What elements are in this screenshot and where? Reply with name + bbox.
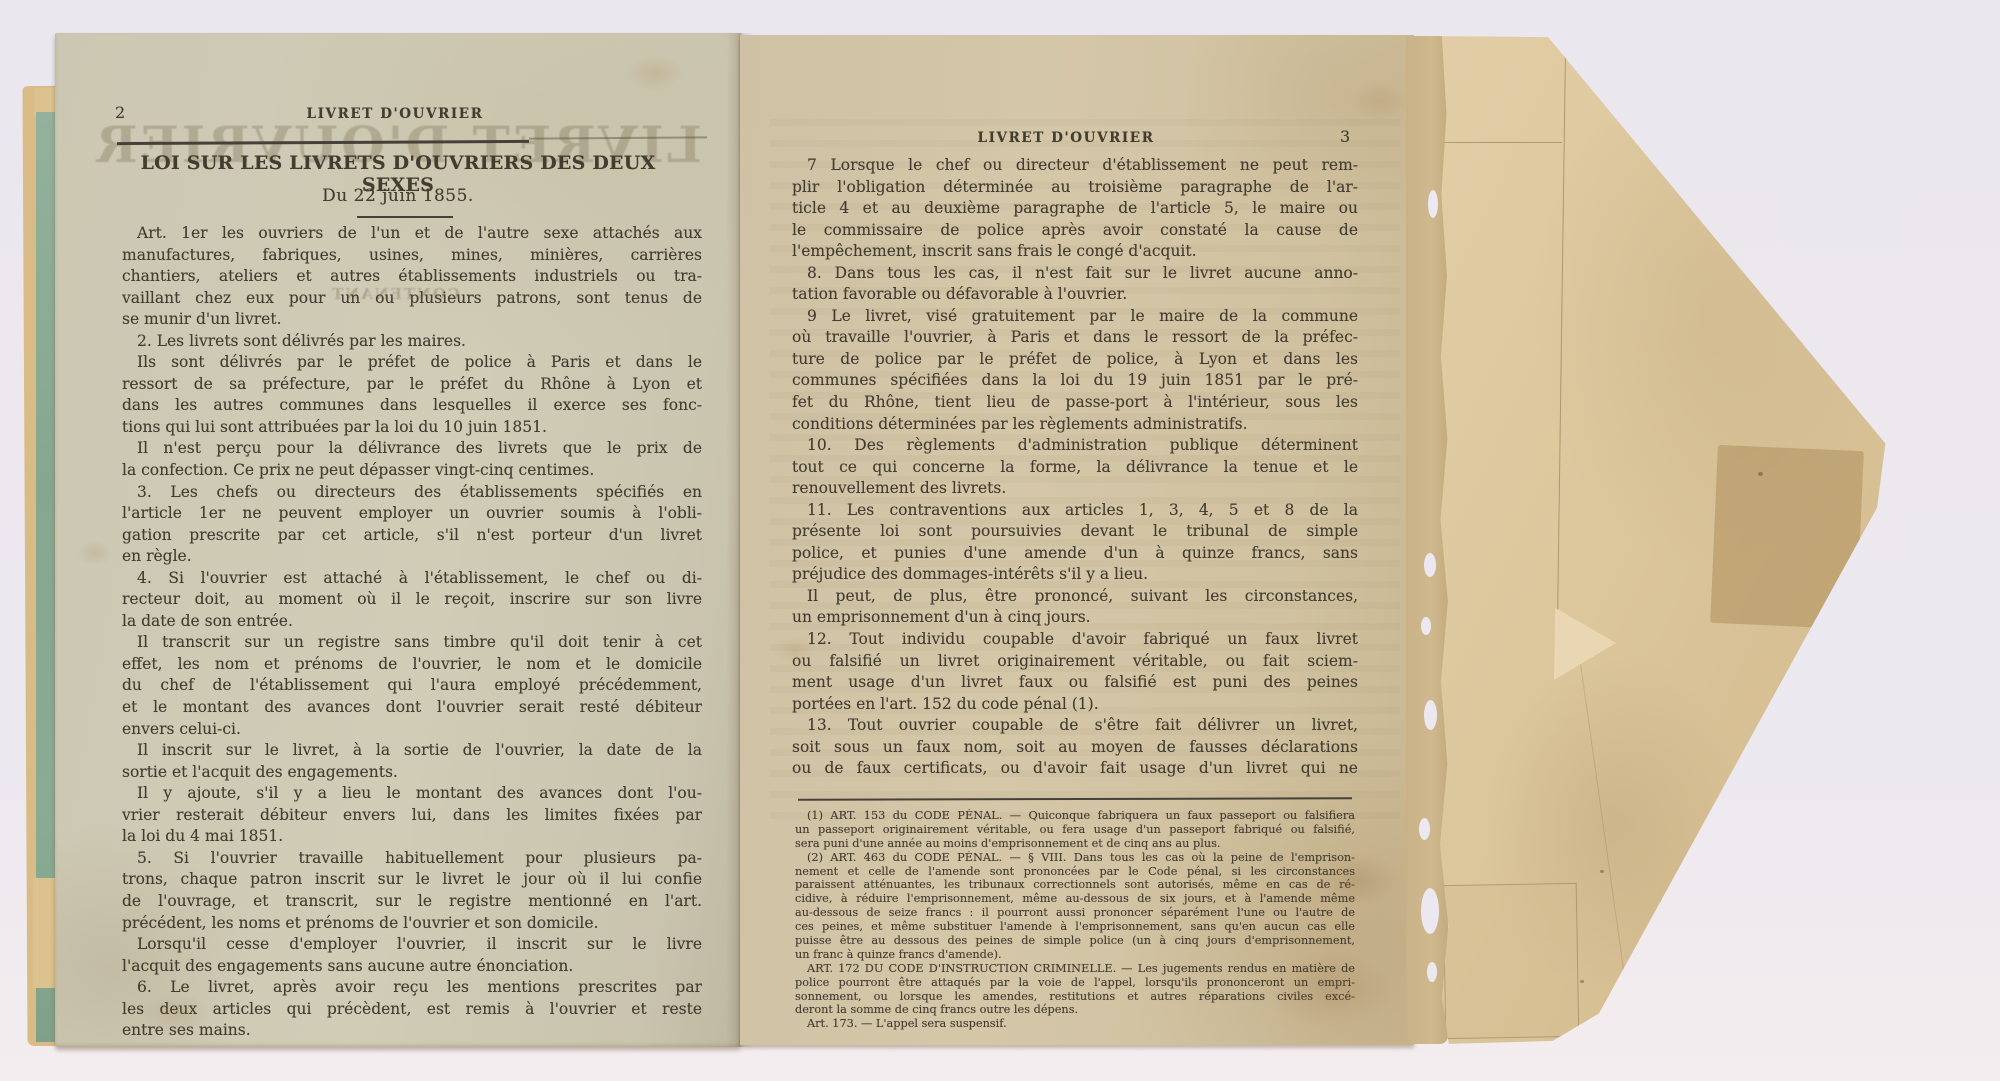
ink-speck <box>1700 880 1704 884</box>
text-line: tions qui lui sont attribuées par la loi… <box>122 417 702 439</box>
text-line: 7 Lorsque le chef ou directeur d'établis… <box>792 155 1358 177</box>
paper-tear <box>1419 818 1430 840</box>
header-rule-ghost <box>529 136 707 139</box>
text-line: 10. Des règlements d'administration publ… <box>792 435 1358 457</box>
text-line: préjudice des dommages-intérêts s'il y a… <box>792 564 1358 586</box>
running-header-right: LIVRET D'OUVRIER <box>866 130 1266 146</box>
page-number-right: 3 <box>1340 127 1350 146</box>
text-line: sortie et l'acquit des engagements. <box>122 762 702 784</box>
footnote-line: cidive, à réduire l'emprisonnement, même… <box>795 892 1355 906</box>
footnote-line: un franc à quinze francs d'amende). <box>795 948 1355 962</box>
fold-crease-horizontal <box>1436 142 1562 143</box>
ink-speck <box>1758 472 1763 476</box>
paper-tear <box>1424 553 1436 577</box>
text-line: la date de son entrée. <box>122 611 702 633</box>
footnote-line: sonnement, ou lorsque les amendes, resti… <box>795 990 1355 1004</box>
page-number-left: 2 <box>115 103 125 122</box>
footnotes-text: (1) ART. 153 du CODE PÉNAL. — Quiconque … <box>795 809 1355 1031</box>
text-line: 8. Dans tous les cas, il n'est fait sur … <box>792 263 1358 285</box>
text-line: Il transcrit sur un registre sans timbre… <box>122 632 702 654</box>
law-date: Du 22 juin 1855. <box>103 186 693 206</box>
paper-tear <box>1427 962 1437 982</box>
text-line: l'acquit des engagements sans aucune aut… <box>122 956 702 978</box>
text-line: ticle 4 et au deuxième paragraphe de l'a… <box>792 198 1358 220</box>
page-right: LIVRET D'OUVRIER 3 7 Lorsque le chef ou … <box>740 35 1414 1045</box>
folded-cover-flap <box>1428 32 1890 1048</box>
text-line: dans les autres communes dans lesquelles… <box>122 395 702 417</box>
paper-tear <box>1421 617 1431 635</box>
text-line: la loi du 4 mai 1851. <box>122 826 702 848</box>
paper-tear <box>1428 190 1438 218</box>
text-line: où travaille l'ouvrier, à Paris et dans … <box>792 327 1358 349</box>
text-line: trons, chaque patron inscrit sur le livr… <box>122 869 702 891</box>
text-line: 11. Les contraventions aux articles 1, 3… <box>792 500 1358 522</box>
text-line: en règle. <box>122 546 702 568</box>
footnote-line: nement et celle de l'amende sont prononc… <box>795 865 1355 879</box>
text-line: 5. Si l'ouvrier travaille habituellement… <box>122 848 702 870</box>
text-line: 3. Les chefs ou directeurs des établisse… <box>122 482 702 504</box>
text-line: précédent, les noms et prénoms de l'ouvr… <box>122 913 702 935</box>
right-body-text: 7 Lorsque le chef ou directeur d'établis… <box>792 155 1358 780</box>
footnote-line: un passeport originairement véritable, o… <box>795 823 1355 837</box>
text-line: conditions déterminées par les règlement… <box>792 414 1358 436</box>
footnote-line: Art. 173. — L'appel sera suspensif. <box>795 1017 1355 1031</box>
fold-crease-diagonal-upper <box>1575 44 1896 454</box>
text-line: de l'ouvrage, et transcrit, sur le regis… <box>122 891 702 913</box>
footnote-line: au-dessous de seize francs : il pourront… <box>795 906 1355 920</box>
paper-tear <box>1421 888 1439 934</box>
ink-speck <box>1580 980 1584 983</box>
text-line: un emprisonnement d'un à cinq jours. <box>792 607 1358 629</box>
text-line: vaillant chez eux pour un ou plusieurs p… <box>122 288 702 310</box>
text-line: 9 Le livret, visé gratuitement par le ma… <box>792 306 1358 328</box>
footnote-line: deront la somme de cinq francs outre les… <box>795 1003 1355 1017</box>
text-line: recteur doit, au moment où il le reçoit,… <box>122 589 702 611</box>
running-header-left: LIVRET D'OUVRIER <box>175 106 615 122</box>
text-line: le commissaire de police après avoir con… <box>792 220 1358 242</box>
left-body-text: Art. 1er les ouvriers de l'un et de l'au… <box>122 223 702 1042</box>
ink-speck <box>1660 900 1665 904</box>
text-line: Lorsqu'il cesse d'employer l'ouvrier, il… <box>122 934 702 956</box>
text-line: ressort de sa préfecture, par le préfet … <box>122 374 702 396</box>
corner-fold-triangle <box>1554 592 1616 680</box>
footnote-line: ART. 172 DU CODE D'INSTRUCTION CRIMINELL… <box>795 962 1355 976</box>
text-line: Il inscrit sur le livret, à la sortie de… <box>122 740 702 762</box>
footnote-line: (2) ART. 463 du CODE PÉNAL. — § VIII. Da… <box>795 851 1355 865</box>
text-line: tation favorable ou défavorable à l'ouvr… <box>792 284 1358 306</box>
page-left: LIVRET D'OUVRIER CONTENANT 2 LIVRET D'OU… <box>55 33 740 1047</box>
text-line: 4. Si l'ouvrier est attaché à l'établiss… <box>122 568 702 590</box>
footnote-rule <box>798 797 1352 800</box>
text-line: et le montant des avances dont l'ouvrier… <box>122 697 702 719</box>
text-line: 6. Le livret, après avoir reçu les menti… <box>122 977 702 999</box>
footnote-line: (1) ART. 153 du CODE PÉNAL. — Quiconque … <box>795 809 1355 823</box>
text-line: 13. Tout ouvrier coupable de s'être fait… <box>792 715 1358 737</box>
title-rule <box>357 216 453 218</box>
footnote-line: paraissent atténuantes, les tribunaux co… <box>795 878 1355 892</box>
text-line: la confection. Ce prix ne peut dépasser … <box>122 460 702 482</box>
glued-paper-patch <box>1710 445 1864 629</box>
text-line: plir l'obligation déterminée au troisièm… <box>792 177 1358 199</box>
fold-crease-vertical <box>1557 36 1566 636</box>
text-line: soit sous un faux nom, soit au moyen de … <box>792 737 1358 759</box>
text-line: du chef de l'établissement qui l'aura em… <box>122 675 702 697</box>
text-line: tout ce qui concerne la forme, la délivr… <box>792 457 1358 479</box>
text-line: effet, les nom et prénoms de l'ouvrier, … <box>122 654 702 676</box>
text-line: fet du Rhône, tient lieu de passe-port à… <box>792 392 1358 414</box>
text-line: Il peut, de plus, être prononcé, suivant… <box>792 586 1358 608</box>
text-line: communes spécifiées dans la loi du 19 ju… <box>792 370 1358 392</box>
text-line: gation prescrite par cet article, s'il n… <box>122 525 702 547</box>
text-line: manufactures, fabriques, usines, mines, … <box>122 245 702 267</box>
bottom-fold-panel <box>1443 883 1580 1039</box>
ink-speck <box>1600 870 1604 873</box>
text-line: portées en l'art. 152 du code pénal (1). <box>792 694 1358 716</box>
text-line: police, et punies d'une amende d'un à qu… <box>792 543 1358 565</box>
fold-crease-diagonal-lower <box>1577 642 1633 1034</box>
text-line: présente loi sont poursuivies devant le … <box>792 521 1358 543</box>
text-line: entre ses mains. <box>122 1020 702 1042</box>
text-line: l'empêchement, inscrit sans frais le con… <box>792 241 1358 263</box>
scanned-booklet-photo: { "document": { "colors": { "background"… <box>0 0 2000 1081</box>
text-line: Il n'est perçu pour la délivrance des li… <box>122 438 702 460</box>
footnote-line: puisse être au dessous des peines de sim… <box>795 934 1355 948</box>
text-line: 12. Tout individu coupable d'avoir fabri… <box>792 629 1358 651</box>
paper-tear <box>1424 700 1437 730</box>
text-line: vrier resterait débiteur envers lui, dan… <box>122 805 702 827</box>
text-line: ou falsifié un livret originairement vér… <box>792 651 1358 673</box>
footnote-line: police pourront être attaqués par la voi… <box>795 976 1355 990</box>
text-line: l'article 1er ne peuvent employer un ouv… <box>122 503 702 525</box>
text-line: ou de faux certificats, ou d'avoir fait … <box>792 758 1358 780</box>
text-line: ment usage d'un livret faux ou falsifié … <box>792 672 1358 694</box>
text-line: Ils sont délivrés par le préfet de polic… <box>122 352 702 374</box>
header-rule <box>117 140 529 145</box>
text-line: Il y ajoute, s'il y a lieu le montant de… <box>122 783 702 805</box>
text-line: renouvellement des livrets. <box>792 478 1358 500</box>
text-line: Art. 1er les ouvriers de l'un et de l'au… <box>122 223 702 245</box>
text-line: les deux articles qui précèdent, est rem… <box>122 999 702 1021</box>
footnote-line: ces peines, et même substituer l'amende … <box>795 920 1355 934</box>
text-line: ture de police par le préfet de police, … <box>792 349 1358 371</box>
text-line: se munir d'un livret. <box>122 309 702 331</box>
text-line: chantiers, ateliers et autres établissem… <box>122 266 702 288</box>
text-line: envers celui-ci. <box>122 719 702 741</box>
footnote-line: sera puni d'une année au moins d'empriso… <box>795 837 1355 851</box>
text-line: 2. Les livrets sont délivrés par les mai… <box>122 331 702 353</box>
